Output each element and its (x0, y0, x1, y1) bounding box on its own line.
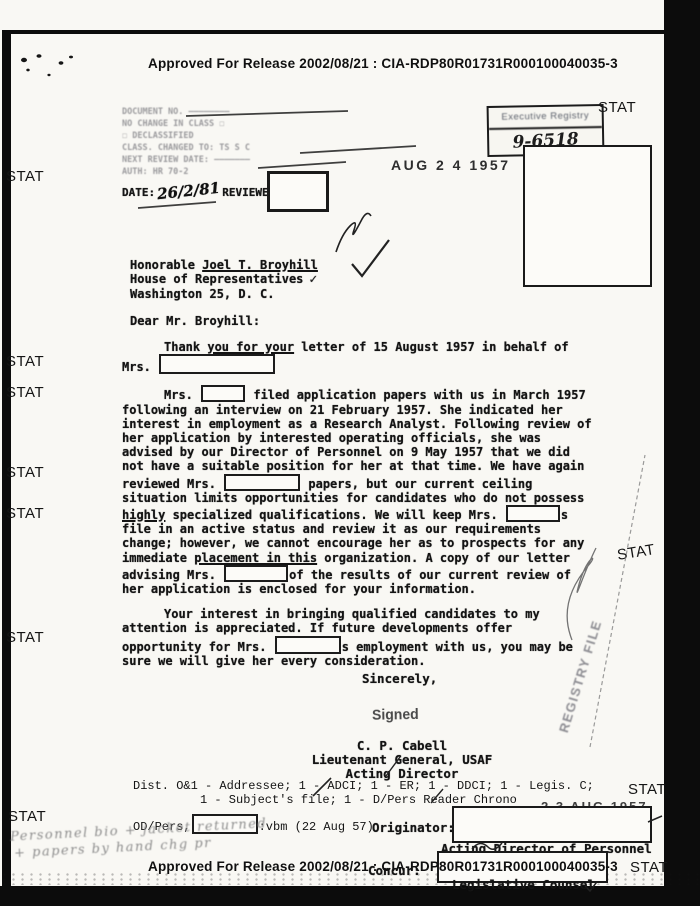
redaction-box (275, 636, 341, 654)
letter-text: Mrs. (164, 388, 200, 402)
approved-top-banner: Approved For Release 2002/08/21 : CIA-RD… (148, 56, 618, 71)
scan-border-bottom (0, 886, 700, 906)
redaction-box (267, 171, 329, 212)
recipient-name: Joel T. Broyhill (202, 258, 318, 272)
letter-text: specialized qualifications. We will keep… (165, 508, 505, 522)
scanned-document-page: Approved For Release 2002/08/21 : CIA-RD… (0, 0, 700, 906)
redaction-box (224, 474, 300, 491)
recipient-line: Washington 25, D. C. (130, 287, 318, 301)
redaction-box (201, 385, 245, 402)
date-label: DATE: (122, 186, 155, 199)
stat-label: STAT (8, 808, 46, 825)
review-stamp-line: CLASS. CHANGED TO: TS S C (122, 142, 352, 154)
redaction-box (224, 565, 288, 582)
letter-paragraph: Mrs. filed application papers with us in… (122, 385, 592, 596)
stat-label: STAT (598, 99, 636, 116)
recipient-org: House of Representatives (130, 272, 303, 286)
scan-border-top (2, 30, 664, 34)
stat-label: STAT (630, 859, 668, 876)
letter-text: placement in this (194, 551, 317, 565)
distribution-line-2: 1 - Subject's file; 1 - D/Pers Reader Ch… (200, 793, 517, 807)
signed-stamp: Signed (372, 705, 419, 723)
signature-block: C. P. Cabell Lieutenant General, USAF Ac… (292, 739, 512, 780)
redaction-box (159, 354, 275, 374)
approved-bottom-banner: Approved For Release 2002/08/21 : CIA-RD… (148, 859, 618, 874)
closing: Sincerely, (362, 671, 437, 686)
salutation: Dear Mr. Broyhill: (130, 314, 260, 328)
received-date-stamp: AUG 2 4 1957 (391, 157, 511, 173)
recipient-block: Honorable Joel T. Broyhill House of Repr… (130, 258, 318, 301)
od-pers-suffix: :vbm (22 Aug 57) (259, 820, 374, 834)
review-stamp-line: NO CHANGE IN CLASS ☐ (122, 118, 352, 130)
letter-text: you for your (207, 340, 294, 354)
recipient-line: Honorable Joel T. Broyhill (130, 258, 318, 272)
recipient-prefix: Honorable (130, 258, 202, 272)
originator-label: Originator: (372, 820, 455, 835)
handwritten-date: 26/2/81 (156, 179, 221, 204)
scan-border-right (664, 0, 700, 890)
stat-label: STAT (6, 464, 44, 481)
signer-name: C. P. Cabell (292, 739, 512, 753)
letter-text: filed application papers with us in Marc… (122, 388, 592, 490)
redaction-box-large (523, 145, 652, 287)
redaction-box (506, 505, 560, 522)
stat-label: STAT (6, 353, 44, 370)
stat-label: STAT (6, 505, 44, 522)
stat-label: STAT (6, 384, 44, 401)
letter-text: highly (122, 508, 165, 522)
letter-text: Thank (164, 340, 207, 354)
scan-border-left (2, 30, 11, 886)
ink-smudges (21, 54, 73, 76)
distribution-line-1: Dist. O&1 - Addressee; 1 - ADCI; 1 - ER;… (133, 779, 594, 793)
check-mark: ✓ (309, 272, 317, 287)
stat-label: STAT (616, 541, 656, 564)
recipient-line: House of Representatives✓ (130, 272, 318, 287)
redaction-box (452, 806, 652, 843)
concur-title: Legislative Counsel (452, 877, 595, 892)
letter-body: Thank you for your letter of 15 August 1… (122, 340, 592, 679)
review-stamp-line: ☐ DECLASSIFIED (122, 130, 352, 142)
letter-paragraph: Thank you for your letter of 15 August 1… (122, 340, 592, 374)
review-stamp-line: DOCUMENT NO. ———————— (122, 106, 352, 118)
stat-label: STAT (628, 781, 666, 798)
stat-label: STAT (6, 168, 44, 185)
review-stamp-line: NEXT REVIEW DATE: ——————— (122, 154, 352, 166)
letter-paragraph: Your interest in bringing qualified cand… (122, 607, 592, 668)
handwritten-scrawl (336, 213, 389, 276)
stat-label: STAT (6, 629, 44, 646)
signer-rank: Lieutenant General, USAF (292, 753, 512, 767)
